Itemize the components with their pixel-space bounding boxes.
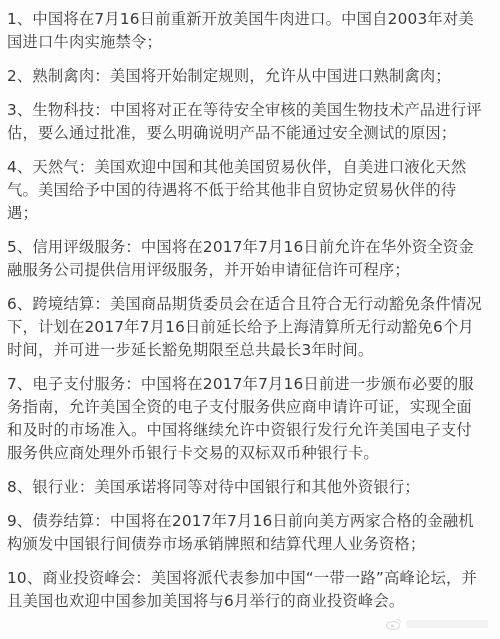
- weibo-icon: [386, 618, 402, 630]
- list-item-2: 2、熟制禽肉：美国将开始制定规则，允许从中国进口熟制禽肉；: [7, 65, 482, 88]
- list-item-10: 10、商业投资峰会：美国将派代表参加中国“一带一路”高峰论坛，并且美国也欢迎中国…: [7, 567, 482, 613]
- list-item-9: 9、债券结算：中国将在2017年7月16日前向美方两家合格的金融机构颁发中国银行…: [7, 510, 482, 556]
- watermark: [386, 618, 488, 630]
- list-item-8: 8、银行业：美国承诺将同等对待中国银行和其他外资银行；: [7, 476, 482, 499]
- list-item-5: 5、信用评级服务：中国将在2017年7月16日前允许在华外资全资金融服务公司提供…: [7, 236, 482, 282]
- watermark-text: [406, 620, 488, 628]
- list-item-3: 3、生物科技：中国将对正在等待安全审核的美国生物技术产品进行评估，要么通过批准，…: [7, 99, 482, 145]
- list-item-1: 1、中国将在7月16日前重新开放美国牛肉进口。中国自2003年对美国进口牛肉实施…: [7, 8, 482, 54]
- list-item-6: 6、跨境结算：美国商品期货委员会在适合且符合无行动豁免条件情况下，计划在2017…: [7, 293, 482, 362]
- document-body: 1、中国将在7月16日前重新开放美国牛肉进口。中国自2003年对美国进口牛肉实施…: [7, 8, 482, 624]
- list-item-4: 4、天然气：美国欢迎中国和其他美国贸易伙伴，自美进口液化天然气。美国给予中国的待…: [7, 156, 482, 225]
- list-item-7: 7、电子支付服务：中国将在2017年7月16日前进一步颁布必要的服务指南，允许美…: [7, 373, 482, 465]
